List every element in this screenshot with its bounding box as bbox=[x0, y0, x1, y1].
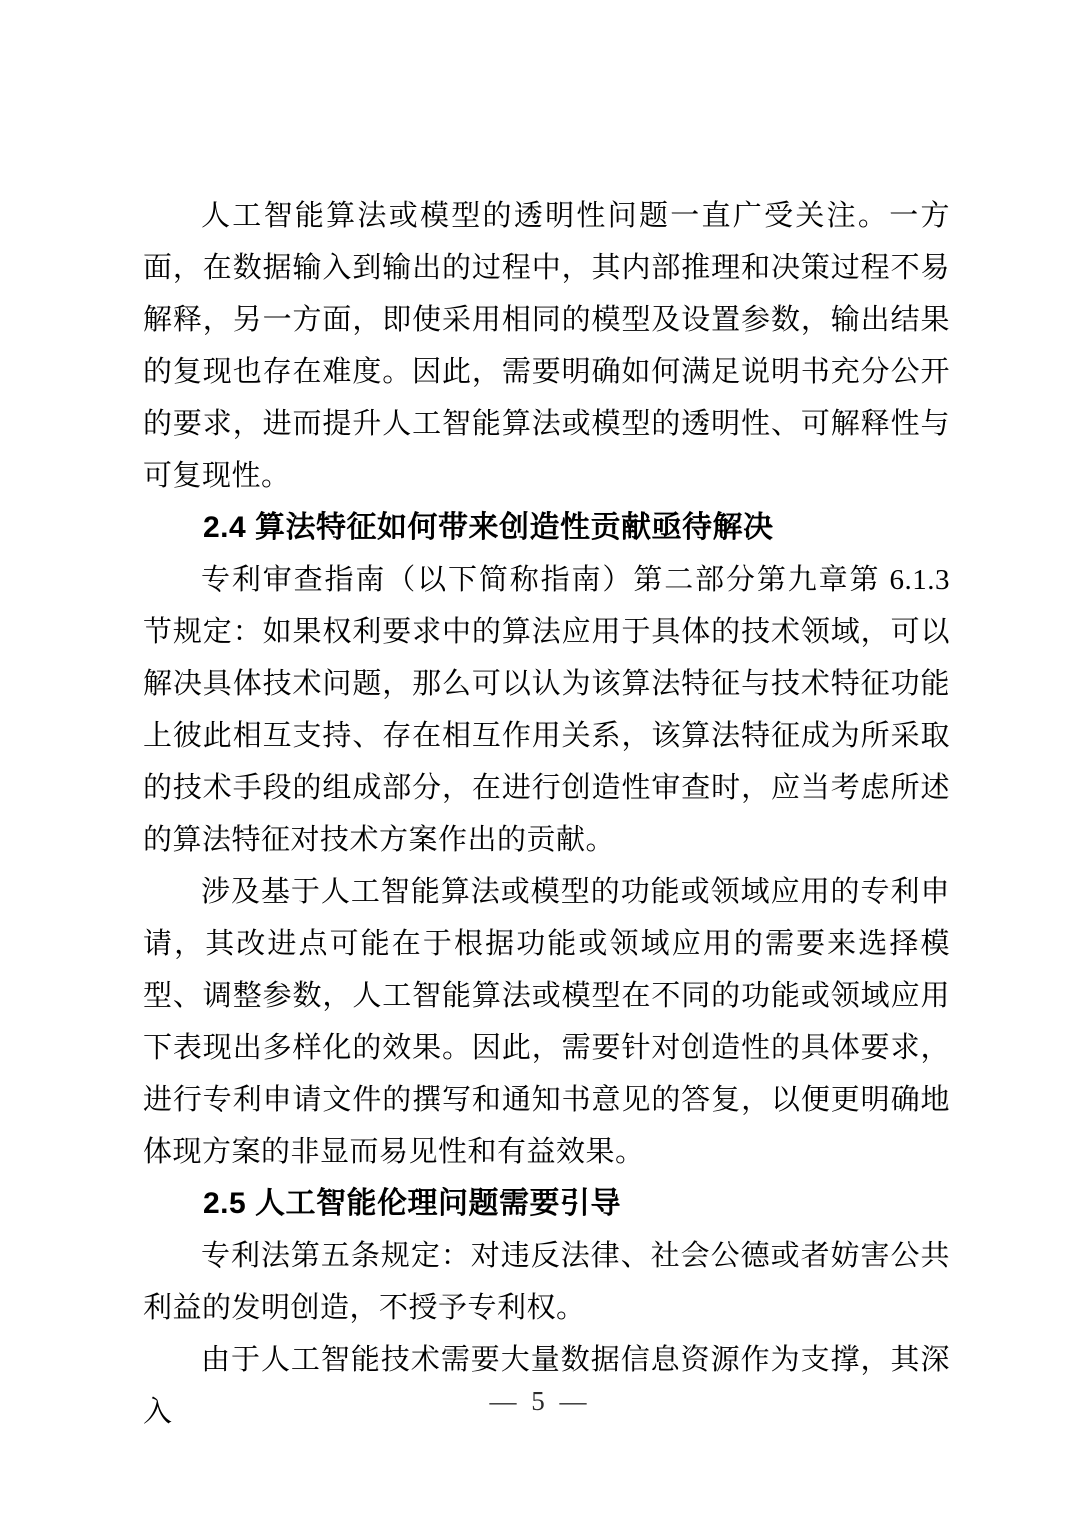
section-heading-2-4: 2.4 算法特征如何带来创造性贡献亟待解决 bbox=[143, 502, 950, 554]
document-body: 人工智能算法或模型的透明性问题一直广受关注。一方面，在数据输入到输出的过程中，其… bbox=[143, 190, 950, 1438]
section-heading-2-5: 2.5 人工智能伦理问题需要引导 bbox=[143, 1178, 950, 1230]
document-page: 人工智能算法或模型的透明性问题一直广受关注。一方面，在数据输入到输出的过程中，其… bbox=[0, 0, 1080, 1527]
paragraph-examination-guideline: 专利审查指南（以下简称指南）第二部分第九章第 6.1.3 节规定：如果权利要求中… bbox=[143, 554, 950, 866]
paragraph-ai-transparency: 人工智能算法或模型的透明性问题一直广受关注。一方面，在数据输入到输出的过程中，其… bbox=[143, 190, 950, 502]
page-number: — 5 — bbox=[0, 1386, 1080, 1417]
paragraph-patent-law-article5: 专利法第五条规定：对违反法律、社会公德或者妨害公共利益的发明创造，不授予专利权。 bbox=[143, 1230, 950, 1334]
paragraph-model-application: 涉及基于人工智能算法或模型的功能或领域应用的专利申请，其改进点可能在于根据功能或… bbox=[143, 866, 950, 1178]
